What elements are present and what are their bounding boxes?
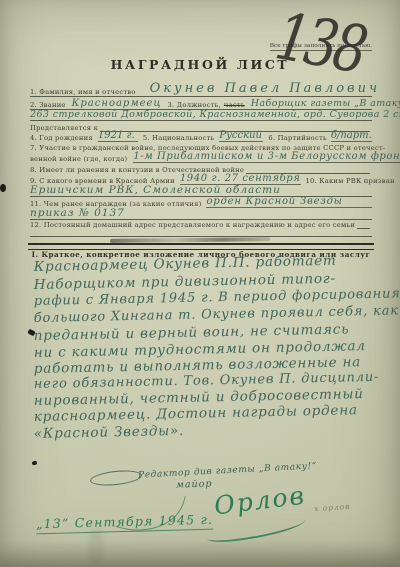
field-unit: 263 стрелковой Домбровской, Краснознамен…: [30, 109, 372, 121]
party-label: 6. Партийность: [268, 134, 327, 142]
address-blank-line: [30, 228, 372, 237]
field-birth-nation-party: 4. Год рождения 1921 г. 5. Национальност…: [30, 131, 372, 142]
war-participation-label-2: венной войне (где, когда): [30, 155, 127, 163]
position-label-struck: часть: [224, 101, 245, 109]
crossed-out-remnant: [110, 237, 270, 243]
signature-swoop: [115, 481, 186, 541]
field-full-name: 1. Фамилия, имя и отчество Окунев Павел …: [30, 78, 372, 97]
rank-label: 2. Звание: [30, 101, 66, 109]
ink-speck: [32, 460, 38, 465]
position-label: 3. Должность,: [167, 101, 220, 109]
pencil-note: х орлов: [314, 502, 351, 514]
war-participation-value: 1-м Прибалтийском и 3-м Белорусском фрон…: [133, 151, 400, 163]
handwritten-form-number: 138: [270, 0, 369, 89]
full-name-label: 1. Фамилия, имя и отчество: [30, 88, 136, 96]
unit-value: 263 стрелковой Домбровской, Краснознамен…: [30, 109, 400, 120]
full-name-value: Окунев Павел Павлович: [150, 81, 380, 96]
prior-awards-value: орден Красной Звезды: [206, 196, 372, 208]
signature-date: „13“ Сентября 1945 г.: [36, 512, 214, 535]
party-value: б/парт.: [331, 130, 372, 142]
paper-stain: [0, 540, 400, 567]
scanned-award-sheet: Все графы заполнять полностью. 138 НАГРА…: [0, 0, 400, 567]
rvk-label: 10. Каким РВК призван: [306, 177, 395, 185]
form-title: НАГРАДНОЙ ЛИСТ: [0, 57, 400, 72]
rvk-value: Ершичским РВК, Смоленской области: [30, 184, 281, 196]
prior-awards-order-number: приказ № 0137: [30, 207, 125, 219]
ink-speck: [0, 184, 6, 192]
rank-value: Красноармеец: [72, 98, 162, 109]
signature-title-line: Редактор див газеты „В атаку!“: [138, 461, 317, 480]
signature-rank-line: майор: [176, 478, 213, 490]
nationality-label: 5. Национальность: [143, 134, 215, 142]
field-war-participation-2: венной войне (где, когда) 1-м Прибалтийс…: [30, 152, 372, 163]
field-rank-position: 2. Звание Красноармеец 3. Должность, час…: [30, 96, 372, 110]
birth-year-label: 4. Год рождения: [30, 134, 93, 142]
nationality-value: Русский: [219, 130, 263, 142]
section-double-rule: [28, 243, 374, 250]
birth-year-value: 1921 г.: [98, 130, 138, 142]
position-value: Наборщик газеты „В атаку!“: [251, 98, 400, 109]
